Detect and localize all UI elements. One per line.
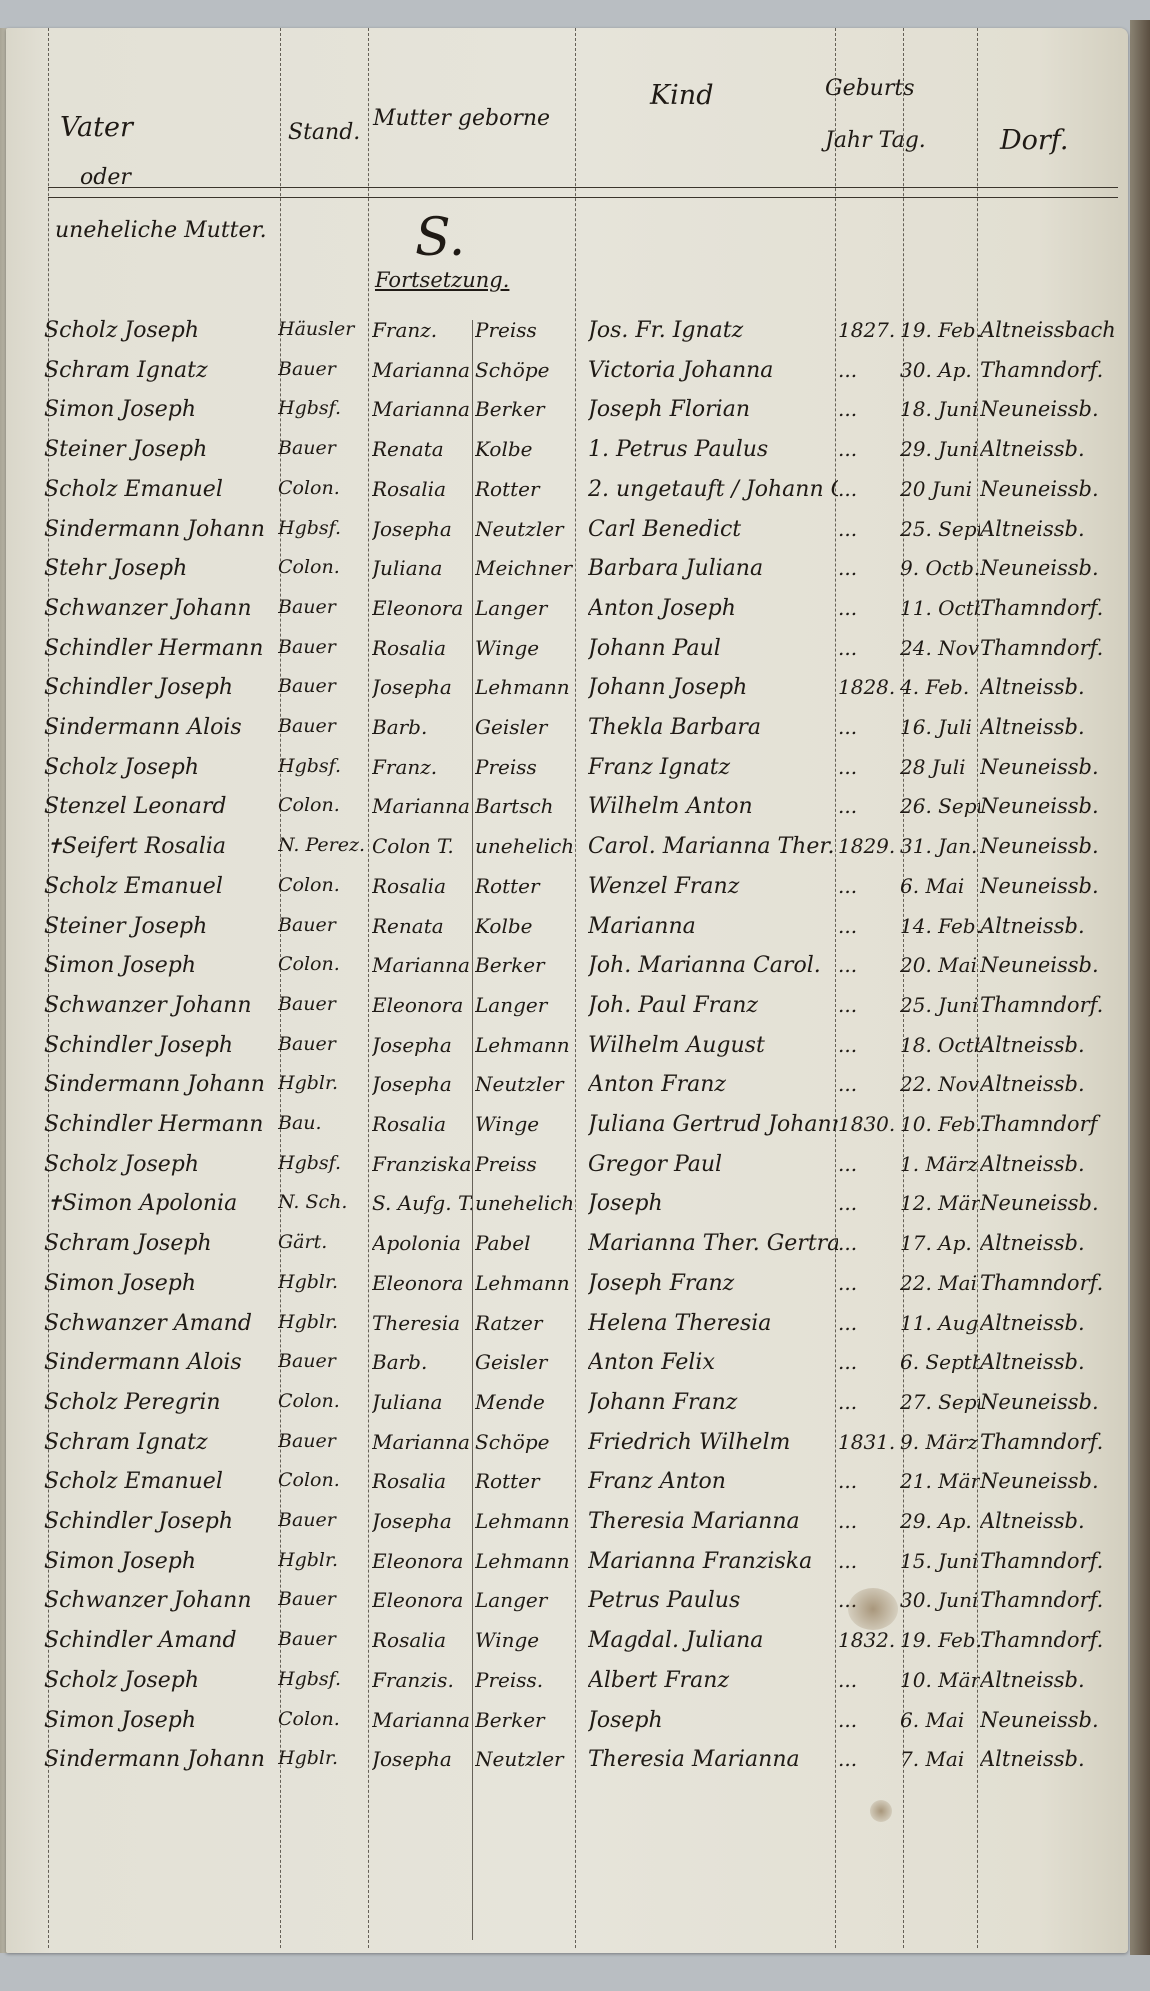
village: Neuneissb. [980,794,1115,818]
birth-year: ... [838,874,898,898]
father-name: Scholz Peregrin [44,1390,274,1415]
register-row: Simon JosephHgblr.EleonoraLehmannJoseph … [0,1271,1150,1307]
mother-maiden-name: Winge [475,1628,575,1652]
village: Altneissb. [980,1311,1115,1335]
father-name: Schindler Joseph [44,1033,274,1058]
mother-maiden-name: Meichner [475,556,575,580]
child-name: Friedrich Wilhelm [588,1430,838,1455]
village: Altneissb. [980,1747,1115,1771]
birth-date: 20 Juni [900,477,980,501]
stand: Bau. [278,1112,368,1134]
register-row: Schindler JosephBauerJosephaLehmannThere… [0,1509,1150,1545]
mother-first-name: Eleonora [372,596,472,620]
village: Thamndorf. [980,1628,1115,1652]
birth-year: ... [838,596,898,620]
village: Altneissb. [980,715,1115,739]
header-or: oder [80,165,131,190]
child-name: Carl Benedict [588,517,838,542]
birth-date: 9. Octb. [900,556,980,580]
birth-date: 25. Septb. [900,517,980,541]
stand: Colon. [278,556,368,578]
father-name: Scholz Joseph [44,1152,274,1177]
stand: N. Perez. [278,834,368,856]
birth-date: 26. Septb. [900,794,980,818]
register-page [6,28,1128,1953]
father-name: Sindermann Johann [44,1747,274,1772]
mother-first-name: Marianna [372,1708,472,1732]
register-row: ✝Simon ApoloniaN. Sch.S. Aufg. T.uneheli… [0,1191,1150,1227]
stand: Colon. [278,1708,368,1730]
mother-maiden-name: Winge [475,636,575,660]
mother-maiden-name: Neutzler [475,1072,575,1096]
father-name: Sindermann Johann [44,517,274,542]
birth-year: ... [838,1072,898,1096]
mother-maiden-name: Pabel [475,1231,575,1255]
mother-first-name: Colon T. [372,834,472,858]
cross-mark-icon: ✝ [46,834,63,858]
birth-date: 18. Octb. [900,1033,980,1057]
birth-date: 14. Feb. [900,914,980,938]
birth-date: 16. Juli [900,715,980,739]
birth-year: ... [838,1271,898,1295]
village: Altneissb. [980,1509,1115,1533]
child-name: Anton Felix [588,1350,838,1375]
birth-year: ... [838,477,898,501]
village: Neuneissb. [980,1708,1115,1732]
register-row: Scholz EmanuelColon.RosaliaRotterWenzel … [0,874,1150,910]
child-name: Marianna Ther. Gertraud [588,1231,838,1256]
father-name: Schindler Hermann [44,1112,274,1137]
mother-maiden-name: Lehmann [475,675,575,699]
father-name: Sindermann Johann [44,1072,274,1097]
birth-year: 1828. [838,675,898,699]
mother-first-name: Josepha [372,675,472,699]
child-name: Joh. Paul Franz [588,993,838,1018]
father-name: Seifert Rosalia [62,834,292,859]
father-name: Schindler Joseph [44,1509,274,1534]
mother-first-name: Eleonora [372,1271,472,1295]
birth-date: 22. Novb. [900,1072,980,1096]
mother-maiden-name: Langer [475,596,575,620]
mother-first-name: Juliana [372,1390,472,1414]
child-name: Theresia Marianna [588,1747,838,1772]
register-row: Schram IgnatzBauerMariannaSchöpeFriedric… [0,1430,1150,1466]
village: Neuneissb. [980,755,1115,779]
birth-year: ... [838,437,898,461]
child-name: Franz Anton [588,1469,838,1494]
stand: Bauer [278,437,368,459]
mother-first-name: Franz. [372,755,472,779]
birth-year: 1830. [838,1112,898,1136]
birth-date: 29. Juni [900,437,980,461]
mother-maiden-name: Langer [475,993,575,1017]
father-name: Simon Joseph [44,1549,274,1574]
stand: Bauer [278,1588,368,1610]
mother-maiden-name: Geisler [475,715,575,739]
mother-maiden-name: Neutzler [475,517,575,541]
child-name: Joseph Franz [588,1271,838,1296]
stand: Bauer [278,636,368,658]
header-stand: Stand. [288,120,360,145]
child-name: Joseph [588,1708,838,1733]
register-row: Scholz JosephHäuslerFranz.PreissJos. Fr.… [0,318,1150,354]
birth-date: 19. Feb. [900,1628,980,1652]
birth-year: ... [838,636,898,660]
child-name: Anton Franz [588,1072,838,1097]
birth-date: 19. Feb. [900,318,980,342]
header-rule [48,187,1118,188]
stand: Hgblr. [278,1549,368,1571]
birth-date: 10. März [900,1668,980,1692]
birth-date: 28 Juli [900,755,980,779]
child-name: Victoria Johanna [588,358,838,383]
child-name: Johann Paul [588,636,838,661]
stand: Colon. [278,477,368,499]
father-name: Schindler Joseph [44,675,274,700]
mother-first-name: Rosalia [372,477,472,501]
register-row: Sindermann JohannHgblr.JosephaNeutzlerAn… [0,1072,1150,1108]
child-name: Marianna [588,914,838,939]
child-name: Marianna Franziska [588,1549,838,1574]
village: Thamndorf. [980,1588,1115,1612]
father-name: Stehr Joseph [44,556,274,581]
cross-mark-icon: ✝ [46,1191,63,1215]
stand: Häusler [278,318,368,340]
child-name: Wenzel Franz [588,874,838,899]
birth-year: ... [838,1469,898,1493]
village: Neuneissb. [980,1390,1115,1414]
register-row: Scholz EmanuelColon.RosaliaRotter2. unge… [0,477,1150,513]
stand: Bauer [278,358,368,380]
child-name: Magdal. Juliana [588,1628,838,1653]
father-name: Sindermann Alois [44,715,274,740]
father-name: Scholz Joseph [44,1668,274,1693]
birth-date: 18. Juni [900,397,980,421]
child-name: 2. ungetauft / Johann Carl [588,477,838,502]
child-name: Barbara Juliana [588,556,838,581]
mother-first-name: Rosalia [372,1628,472,1652]
register-row: Scholz JosephHgbsf.Franzis.Preiss.Albert… [0,1668,1150,1704]
stand: Hgblr. [278,1072,368,1094]
stand: Colon. [278,953,368,975]
ink-stain [848,1588,898,1630]
header-born: Geburts [825,76,915,101]
village: Neuneissb. [980,1469,1115,1493]
father-name: Steiner Joseph [44,437,274,462]
village: Altneissb. [980,1033,1115,1057]
father-name: Scholz Emanuel [44,477,274,502]
child-name: Petrus Paulus [588,1588,838,1613]
child-name: Wilhelm August [588,1033,838,1058]
birth-year: ... [838,1350,898,1374]
birth-date: 1. März [900,1152,980,1176]
child-name: 1. Petrus Paulus [588,437,838,462]
header-rule [48,197,1118,198]
village: Thamndorf. [980,596,1115,620]
register-row: Steiner JosephBauerRenataKolbe1. Petrus … [0,437,1150,473]
mother-first-name: S. Aufg. T. [372,1191,472,1215]
register-row: Sindermann AloisBauerBarb.GeislerThekla … [0,715,1150,751]
mother-maiden-name: Lehmann [475,1549,575,1573]
mother-first-name: Eleonora [372,1549,472,1573]
child-name: Gregor Paul [588,1152,838,1177]
mother-maiden-name: Winge [475,1112,575,1136]
register-row: Schram IgnatzBauerMariannaSchöpeVictoria… [0,358,1150,394]
mother-maiden-name: Ratzer [475,1311,575,1335]
register-row: Stehr JosephColon.JulianaMeichnerBarbara… [0,556,1150,592]
mother-first-name: Josepha [372,1509,472,1533]
mother-first-name: Eleonora [372,1588,472,1612]
mother-first-name: Barb. [372,1350,472,1374]
village: Neuneissb. [980,556,1115,580]
stand: Bauer [278,675,368,697]
child-name: Thekla Barbara [588,715,838,740]
mother-first-name: Marianna [372,953,472,977]
village: Thamndorf [980,1112,1115,1136]
mother-first-name: Josepha [372,517,472,541]
child-name: Franz Ignatz [588,755,838,780]
section-subtitle: Fortsetzung. [375,268,509,292]
mother-maiden-name: Rotter [475,477,575,501]
child-name: Helena Theresia [588,1311,838,1336]
father-name: Scholz Joseph [44,318,274,343]
stand: Colon. [278,794,368,816]
mother-maiden-name: Schöpe [475,358,575,382]
birth-date: 9. März [900,1430,980,1454]
birth-date: 11. Octb. [900,596,980,620]
birth-year: ... [838,1708,898,1732]
birth-date: 6. Mai [900,874,980,898]
village: Thamndorf. [980,1549,1115,1573]
register-row: Schwanzer AmandHgblr.TheresiaRatzerHelen… [0,1311,1150,1347]
child-name: Johann Joseph [588,675,838,700]
village: Thamndorf. [980,1271,1115,1295]
register-row: Schram JosephGärt.ApoloniaPabelMarianna … [0,1231,1150,1267]
birth-date: 24. Novb. [900,636,980,660]
header-mother-maiden: Mutter geborne [373,106,550,131]
birth-date: 7. Mai [900,1747,980,1771]
father-name: Steiner Joseph [44,914,274,939]
birth-year: ... [838,1509,898,1533]
birth-year: ... [838,1033,898,1057]
mother-maiden-name: Rotter [475,1469,575,1493]
register-row: Schindler HermannBau.RosaliaWingeJuliana… [0,1112,1150,1148]
mother-maiden-name: Lehmann [475,1033,575,1057]
birth-date: 10. Feb. [900,1112,980,1136]
birth-date: 15. Juni [900,1549,980,1573]
birth-date: 22. Mai [900,1271,980,1295]
mother-first-name: Franz. [372,318,472,342]
birth-year: 1831. [838,1430,898,1454]
child-name: Wilhelm Anton [588,794,838,819]
child-name: Theresia Marianna [588,1509,838,1534]
register-row: Scholz JosephHgbsf.Franz.PreissFranz Ign… [0,755,1150,791]
father-name: Schindler Hermann [44,636,274,661]
stand: Bauer [278,596,368,618]
birth-year: ... [838,1549,898,1573]
mother-maiden-name: Geisler [475,1350,575,1374]
register-row: ✝Seifert RosaliaN. Perez.Colon T.uneheli… [0,834,1150,870]
mother-maiden-name: Kolbe [475,914,575,938]
register-row: Schwanzer JohannBauerEleonoraLangerAnton… [0,596,1150,632]
village: Thamndorf. [980,993,1115,1017]
village: Altneissb. [980,517,1115,541]
mother-maiden-name: Lehmann [475,1509,575,1533]
village: Altneissb. [980,914,1115,938]
mother-maiden-name: Berker [475,397,575,421]
father-name: Simon Apolonia [62,1191,292,1216]
birth-year: 1832. [838,1628,898,1652]
mother-first-name: Marianna [372,794,472,818]
stand: Hgbsf. [278,1152,368,1174]
mother-maiden-name: Preiss. [475,1668,575,1692]
birth-date: 29. Ap. [900,1509,980,1533]
mother-first-name: Marianna [372,397,472,421]
birth-date: 11. Aug. [900,1311,980,1335]
father-name: Schwanzer Johann [44,993,274,1018]
village: Neuneissb. [980,477,1115,501]
birth-date: 20. Mai [900,953,980,977]
register-row: Schindler HermannBauerRosaliaWingeJohann… [0,636,1150,672]
mother-first-name: Franziska [372,1152,472,1176]
father-name: Stenzel Leonard [44,794,274,819]
stand: Colon. [278,1390,368,1412]
village: Altneissbach [980,318,1115,342]
father-name: Scholz Joseph [44,755,274,780]
birth-year: ... [838,1231,898,1255]
birth-date: 31. Jan. [900,834,980,858]
child-name: Carol. Marianna Ther. [588,834,838,859]
birth-date: 30. Ap. [900,358,980,382]
stand: Bauer [278,993,368,1015]
village: Neuneissb. [980,397,1115,421]
mother-first-name: Franzis. [372,1668,472,1692]
village: Altneissb. [980,437,1115,461]
mother-maiden-name: Bartsch [475,794,575,818]
stand: Colon. [278,874,368,896]
header-father: Vater [60,112,133,143]
register-row: Simon JosephHgbsf.MariannaBerkerJoseph F… [0,397,1150,433]
header-child: Kind [650,80,713,111]
village: Altneissb. [980,675,1115,699]
child-name: Albert Franz [588,1668,838,1693]
birth-year: ... [838,1191,898,1215]
stand: Hgbsf. [278,517,368,539]
village: Altneissb. [980,1668,1115,1692]
birth-date: 27. Septb. [900,1390,980,1414]
register-row: Steiner JosephBauerRenataKolbeMarianna..… [0,914,1150,950]
village: Neuneissb. [980,834,1115,858]
mother-first-name: Renata [372,914,472,938]
register-row: Simon JosephColon.MariannaBerkerJoseph..… [0,1708,1150,1744]
mother-maiden-name: Lehmann [475,1271,575,1295]
mother-maiden-name: unehelich [475,834,575,858]
birth-year: ... [838,1152,898,1176]
birth-date: 6. Septb. [900,1350,980,1374]
mother-maiden-name: Preiss [475,755,575,779]
mother-first-name: Rosalia [372,1469,472,1493]
register-row: Schwanzer JohannBauerEleonoraLangerJoh. … [0,993,1150,1029]
birth-date: 25. Juni [900,993,980,1017]
father-name: Simon Joseph [44,953,274,978]
stand: Hgblr. [278,1747,368,1769]
mother-first-name: Theresia [372,1311,472,1335]
birth-year: ... [838,755,898,779]
birth-year: 1829. [838,834,898,858]
mother-maiden-name: Rotter [475,874,575,898]
father-name: Simon Joseph [44,1708,274,1733]
mother-first-name: Marianna [372,358,472,382]
birth-year: ... [838,1747,898,1771]
stand: Bauer [278,715,368,737]
child-name: Joseph Florian [588,397,838,422]
village: Neuneissb. [980,953,1115,977]
birth-year: ... [838,1668,898,1692]
father-name: Schram Joseph [44,1231,274,1256]
birth-year: ... [838,517,898,541]
mother-first-name: Barb. [372,715,472,739]
mother-maiden-name: Langer [475,1588,575,1612]
section-letter: S. [415,208,465,268]
stand: Gärt. [278,1231,368,1253]
father-name: Sindermann Alois [44,1350,274,1375]
mother-first-name: Renata [372,437,472,461]
stand: Colon. [278,1469,368,1491]
father-name: Schram Ignatz [44,358,274,383]
stand: N. Sch. [278,1191,368,1213]
birth-date: 6. Mai [900,1708,980,1732]
stand: Bauer [278,1628,368,1650]
child-name: Anton Joseph [588,596,838,621]
village: Neuneissb. [980,874,1115,898]
register-row: Sindermann JohannHgblr.JosephaNeutzlerTh… [0,1747,1150,1783]
stand: Hgbsf. [278,397,368,419]
child-name: Joseph [588,1191,838,1216]
village: Altneissb. [980,1231,1115,1255]
stand: Bauer [278,1430,368,1452]
register-row: Sindermann JohannHgbsf.JosephaNeutzlerCa… [0,517,1150,553]
birth-year: ... [838,1311,898,1335]
child-name: Juliana Gertrud Johanna [588,1112,838,1137]
village: Thamndorf. [980,636,1115,660]
child-name: Jos. Fr. Ignatz [588,318,838,343]
mother-maiden-name: Preiss [475,1152,575,1176]
mother-first-name: Apolonia [372,1231,472,1255]
birth-year: ... [838,358,898,382]
birth-year: 1827. [838,318,898,342]
stand: Bauer [278,1350,368,1372]
village: Altneissb. [980,1350,1115,1374]
birth-year: ... [838,993,898,1017]
birth-year: ... [838,397,898,421]
child-name: Johann Franz [588,1390,838,1415]
mother-first-name: Rosalia [372,636,472,660]
stand: Bauer [278,1033,368,1055]
mother-maiden-name: Kolbe [475,437,575,461]
mother-maiden-name: Schöpe [475,1430,575,1454]
father-name: Simon Joseph [44,1271,274,1296]
father-name: Schwanzer Johann [44,596,274,621]
stand: Hgblr. [278,1271,368,1293]
birth-date: 12. März [900,1191,980,1215]
stand: Bauer [278,1509,368,1531]
register-row: Scholz EmanuelColon.RosaliaRotterFranz A… [0,1469,1150,1505]
father-name: Scholz Emanuel [44,874,274,899]
stand: Hgbsf. [278,755,368,777]
mother-first-name: Josepha [372,1033,472,1057]
child-name: Joh. Marianna Carol. [588,953,838,978]
birth-year: ... [838,953,898,977]
